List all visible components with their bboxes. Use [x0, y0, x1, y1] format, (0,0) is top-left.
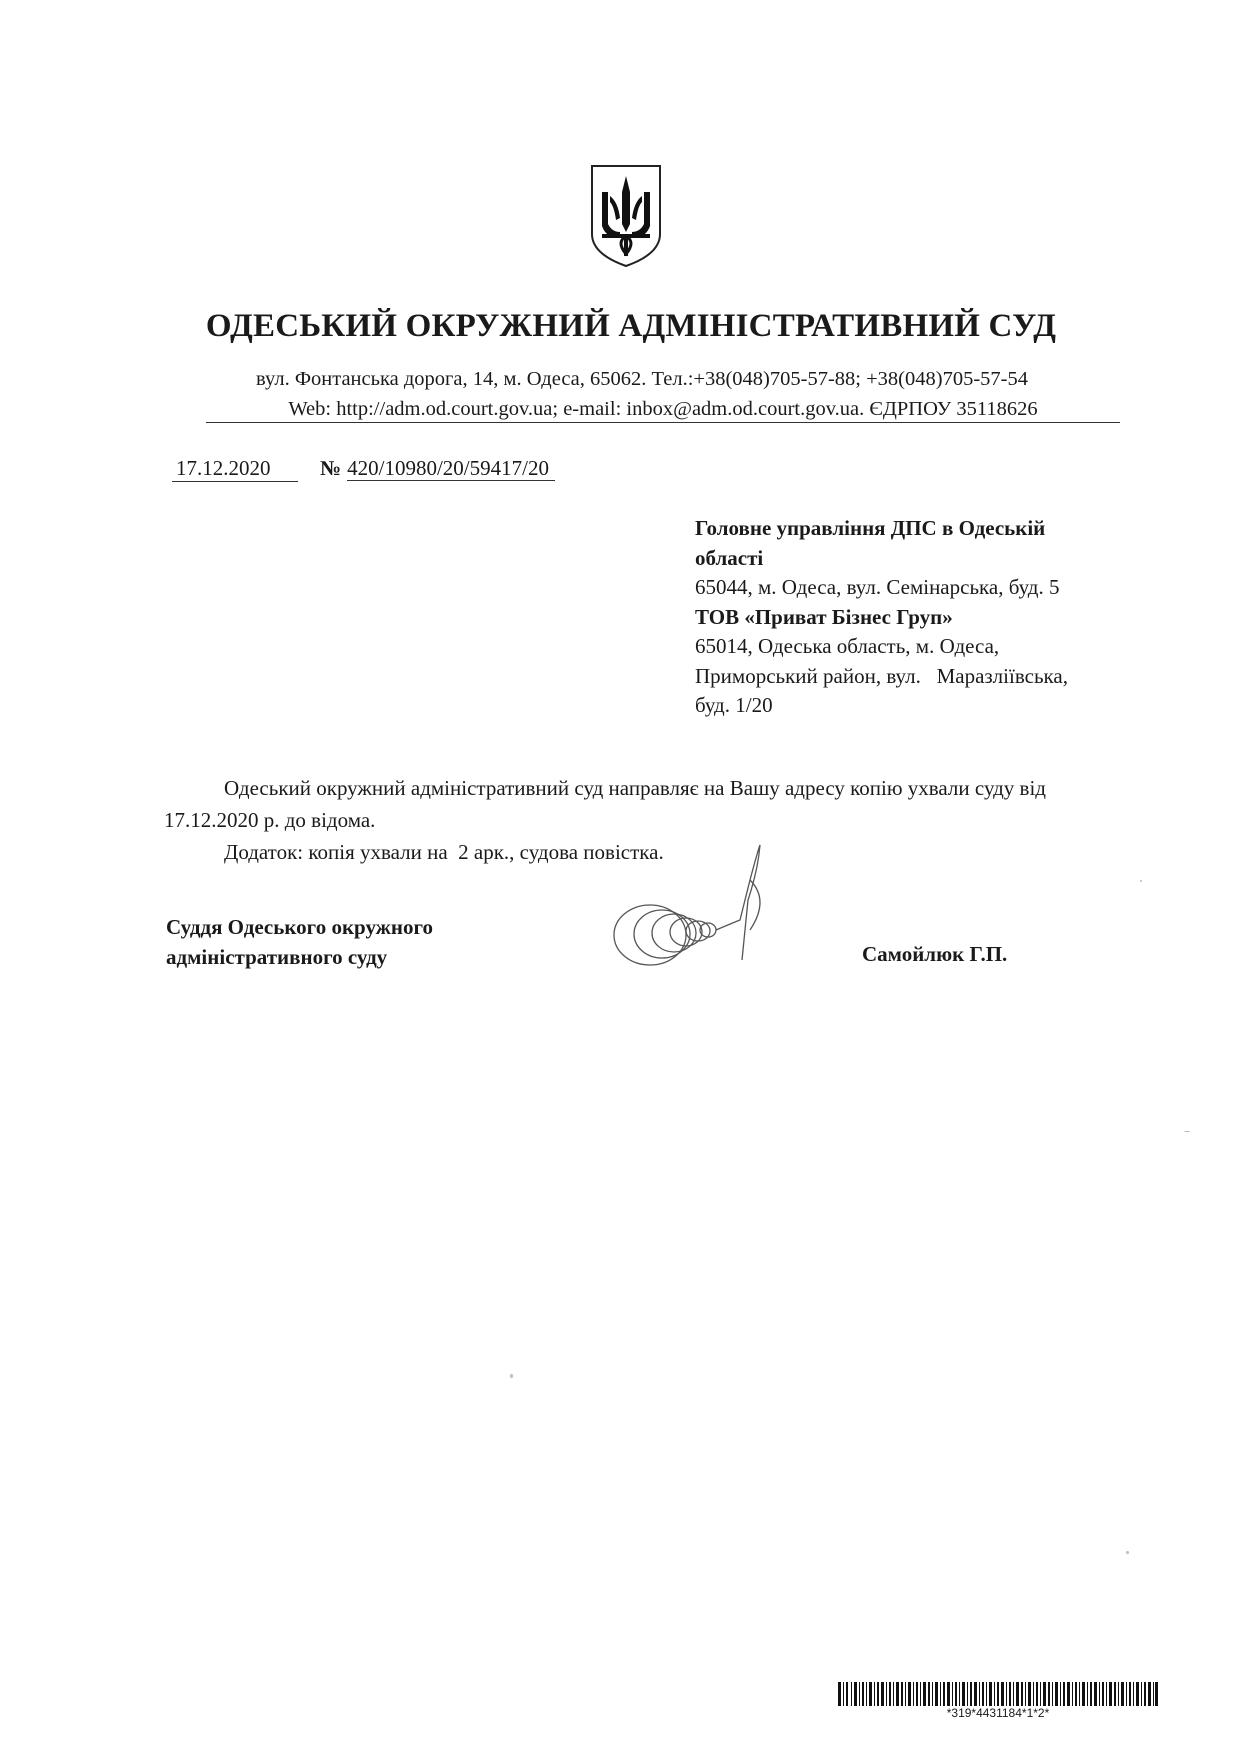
scan-speck [1140, 880, 1142, 882]
recipient-2-name: ТОВ «Приват Бізнес Груп» [695, 603, 1135, 633]
court-address: вул. Фонтанська дорога, 14, м. Одеса, 65… [0, 368, 1244, 391]
recipient-1-name-cont: області [695, 544, 1135, 574]
body-paragraph-1: Одеський окружний адміністративний суд н… [164, 772, 1114, 836]
judge-position-line-2: адміністративного суду [166, 942, 433, 972]
scan-speck [1126, 1551, 1129, 1554]
recipient-1-address: 65044, м. Одеса, вул. Семінарська, буд. … [695, 573, 1135, 603]
recipient-2-address-3: буд. 1/20 [695, 691, 1135, 721]
court-name-heading: ОДЕСЬКИЙ ОКРУЖНИЙ АДМІНІСТРАТИВНИЙ СУД [0, 308, 1244, 345]
recipient-1-name: Головне управління ДПС в Одеській [695, 514, 1135, 544]
scan-speck [510, 1374, 513, 1378]
recipient-2-address-2: Приморський район, вул. Маразліївська, [695, 662, 1135, 692]
number-value: 420/10980/20/59417/20 [347, 456, 555, 481]
coat-of-arms-icon [588, 162, 664, 270]
recipient-2-address-1: 65014, Одеська область, м. Одеса, [695, 632, 1135, 662]
barcode-text: *319*4431184*1*2* [838, 1706, 1158, 1720]
judge-position-line-1: Суддя Одеського окружного [166, 912, 433, 942]
barcode-icon [838, 1682, 1158, 1706]
recipients-block: Головне управління ДПС в Одеській област… [695, 514, 1135, 721]
handwritten-signature-icon [600, 840, 800, 980]
number-sign: № [320, 456, 341, 480]
judge-name: Самойлюк Г.П. [862, 942, 1007, 967]
document-number: №420/10980/20/59417/20 [320, 456, 555, 481]
document-date: 17.12.2020 [172, 456, 298, 482]
scan-speck [1184, 1131, 1190, 1132]
court-contacts: Web: http://adm.od.court.gov.ua; e-mail:… [206, 398, 1120, 423]
judge-position: Суддя Одеського окружного адміністративн… [166, 912, 433, 972]
